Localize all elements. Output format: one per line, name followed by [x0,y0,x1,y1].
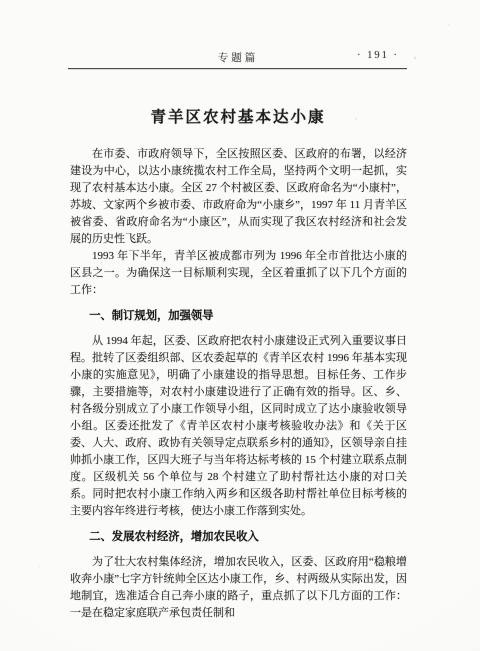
scanned-page: 专题篇 · 191 · 青羊区农村基本达小康 在市委、市政府领导下，全区按照区委… [0,0,480,651]
running-header: 专题篇 · 191 · [69,50,407,65]
paragraph-intro: 在市委、市政府领导下，全区按照区委、区政府的布署，以经济建设为中心，以达小康统揽… [70,146,407,248]
paragraph-section-2: 为了壮大农村集体经济，增加农民收入，区委、区政府用“稳粮增收奔小康”七字方针统帅… [70,554,407,622]
section-heading-1: 一、制订规划，加强领导 [70,308,407,325]
article-title: 青羊区农村基本达小康 [69,105,407,127]
header-page-number: · 191 · [357,50,399,61]
section-heading-2: 二、发展农村经济，增加农民收入 [70,529,407,546]
paragraph-section-1: 从 1994 年起，区委、区政府把农村小康建设正式列入重要议事日程。批转了区委组… [70,333,407,520]
header-rule [68,68,407,69]
scan-speckles [0,0,2,2]
article-body: 在市委、市政府领导下，全区按照区委、区政府的布署，以经济建设为中心，以达小康统揽… [70,146,407,622]
paragraph-goal: 1993 年下半年，青羊区被成都市列为 1996 年全市首批达小康的区县之一。为… [70,248,407,299]
